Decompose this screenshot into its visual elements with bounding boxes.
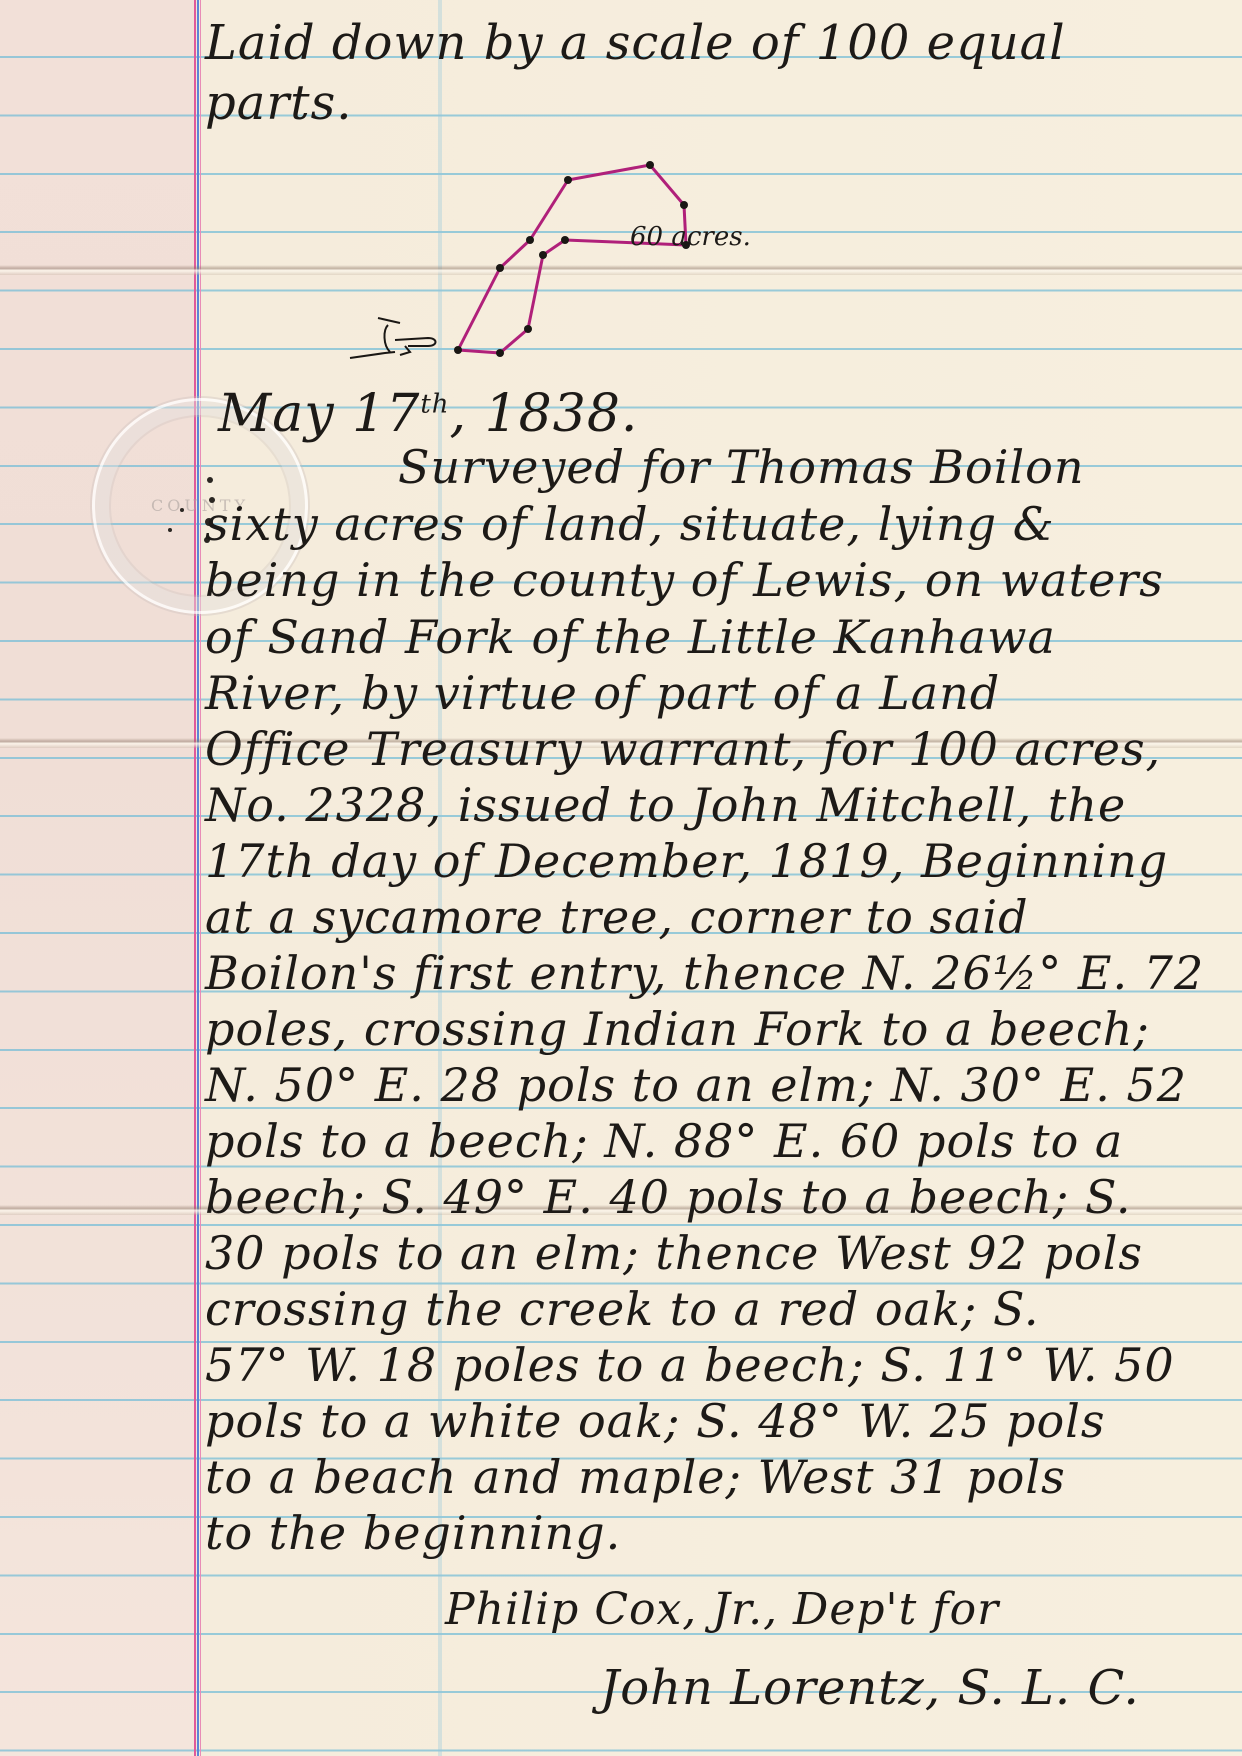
body-line: beech; S. 49° E. 40 pols to a beech; S.: [205, 1170, 1131, 1224]
body-line: 30 pols to an elm; thence West 92 pols: [205, 1226, 1143, 1280]
body-line: No. 2328, issued to John Mitchell, the: [205, 778, 1126, 832]
margin-line-pink: [194, 0, 196, 1756]
body-line: pols to a white oak; S. 48° W. 25 pols: [205, 1394, 1105, 1448]
body-line: poles, crossing Indian Fork to a beech;: [205, 1002, 1150, 1056]
body-line: sixty acres of land, situate, lying &: [205, 497, 1055, 551]
signature-surveyor: Philip Cox, Jr., Dep't for: [445, 1584, 999, 1635]
document-page: COUNTY Laid down by a scale of 100 equal…: [0, 0, 1242, 1756]
margin-line-pink-2: [200, 0, 201, 1756]
heading-line-1: Laid down by a scale of 100 equal: [205, 15, 1066, 71]
body-line: of Sand Fork of the Little Kanhawa: [205, 610, 1056, 664]
date-ordinal: th: [420, 390, 449, 420]
margin-line-blue: [197, 0, 199, 1756]
date-month-day: May 17: [218, 384, 420, 444]
body-line: Office Treasury warrant, for 100 acres,: [205, 722, 1161, 776]
body-line: River, by virtue of part of a Land: [205, 666, 1000, 720]
body-line: pols to a beech; N. 88° E. 60 pols to a: [205, 1114, 1123, 1168]
date-year: , 1838.: [450, 384, 639, 444]
pointing-hand-icon: [350, 318, 436, 358]
body-line: crossing the creek to a red oak; S.: [205, 1282, 1039, 1336]
plat-area-label: 60 acres.: [630, 222, 751, 252]
signature-principal: John Lorentz, S. L. C.: [600, 1660, 1140, 1716]
body-line: to a beach and maple; West 31 pols: [205, 1450, 1066, 1504]
body-line: to the beginning.: [205, 1506, 621, 1560]
body-line: Surveyed for Thomas Boilon: [398, 440, 1084, 494]
body-line: Boilon's first entry, thence N. 26½° E. …: [205, 946, 1204, 1000]
body-line: being in the county of Lewis, on waters: [205, 553, 1164, 607]
body-line: N. 50° E. 28 pols to an elm; N. 30° E. 5…: [205, 1058, 1187, 1112]
survey-date: May 17th, 1838.: [218, 384, 638, 444]
heading-line-2: parts.: [205, 75, 352, 131]
body-line: 17th day of December, 1819, Beginning: [205, 834, 1168, 888]
body-line: at a sycamore tree, corner to said: [205, 890, 1029, 944]
body-line: 57° W. 18 poles to a beech; S. 11° W. 50: [205, 1338, 1175, 1392]
plat-survey-drawing: [340, 150, 760, 410]
